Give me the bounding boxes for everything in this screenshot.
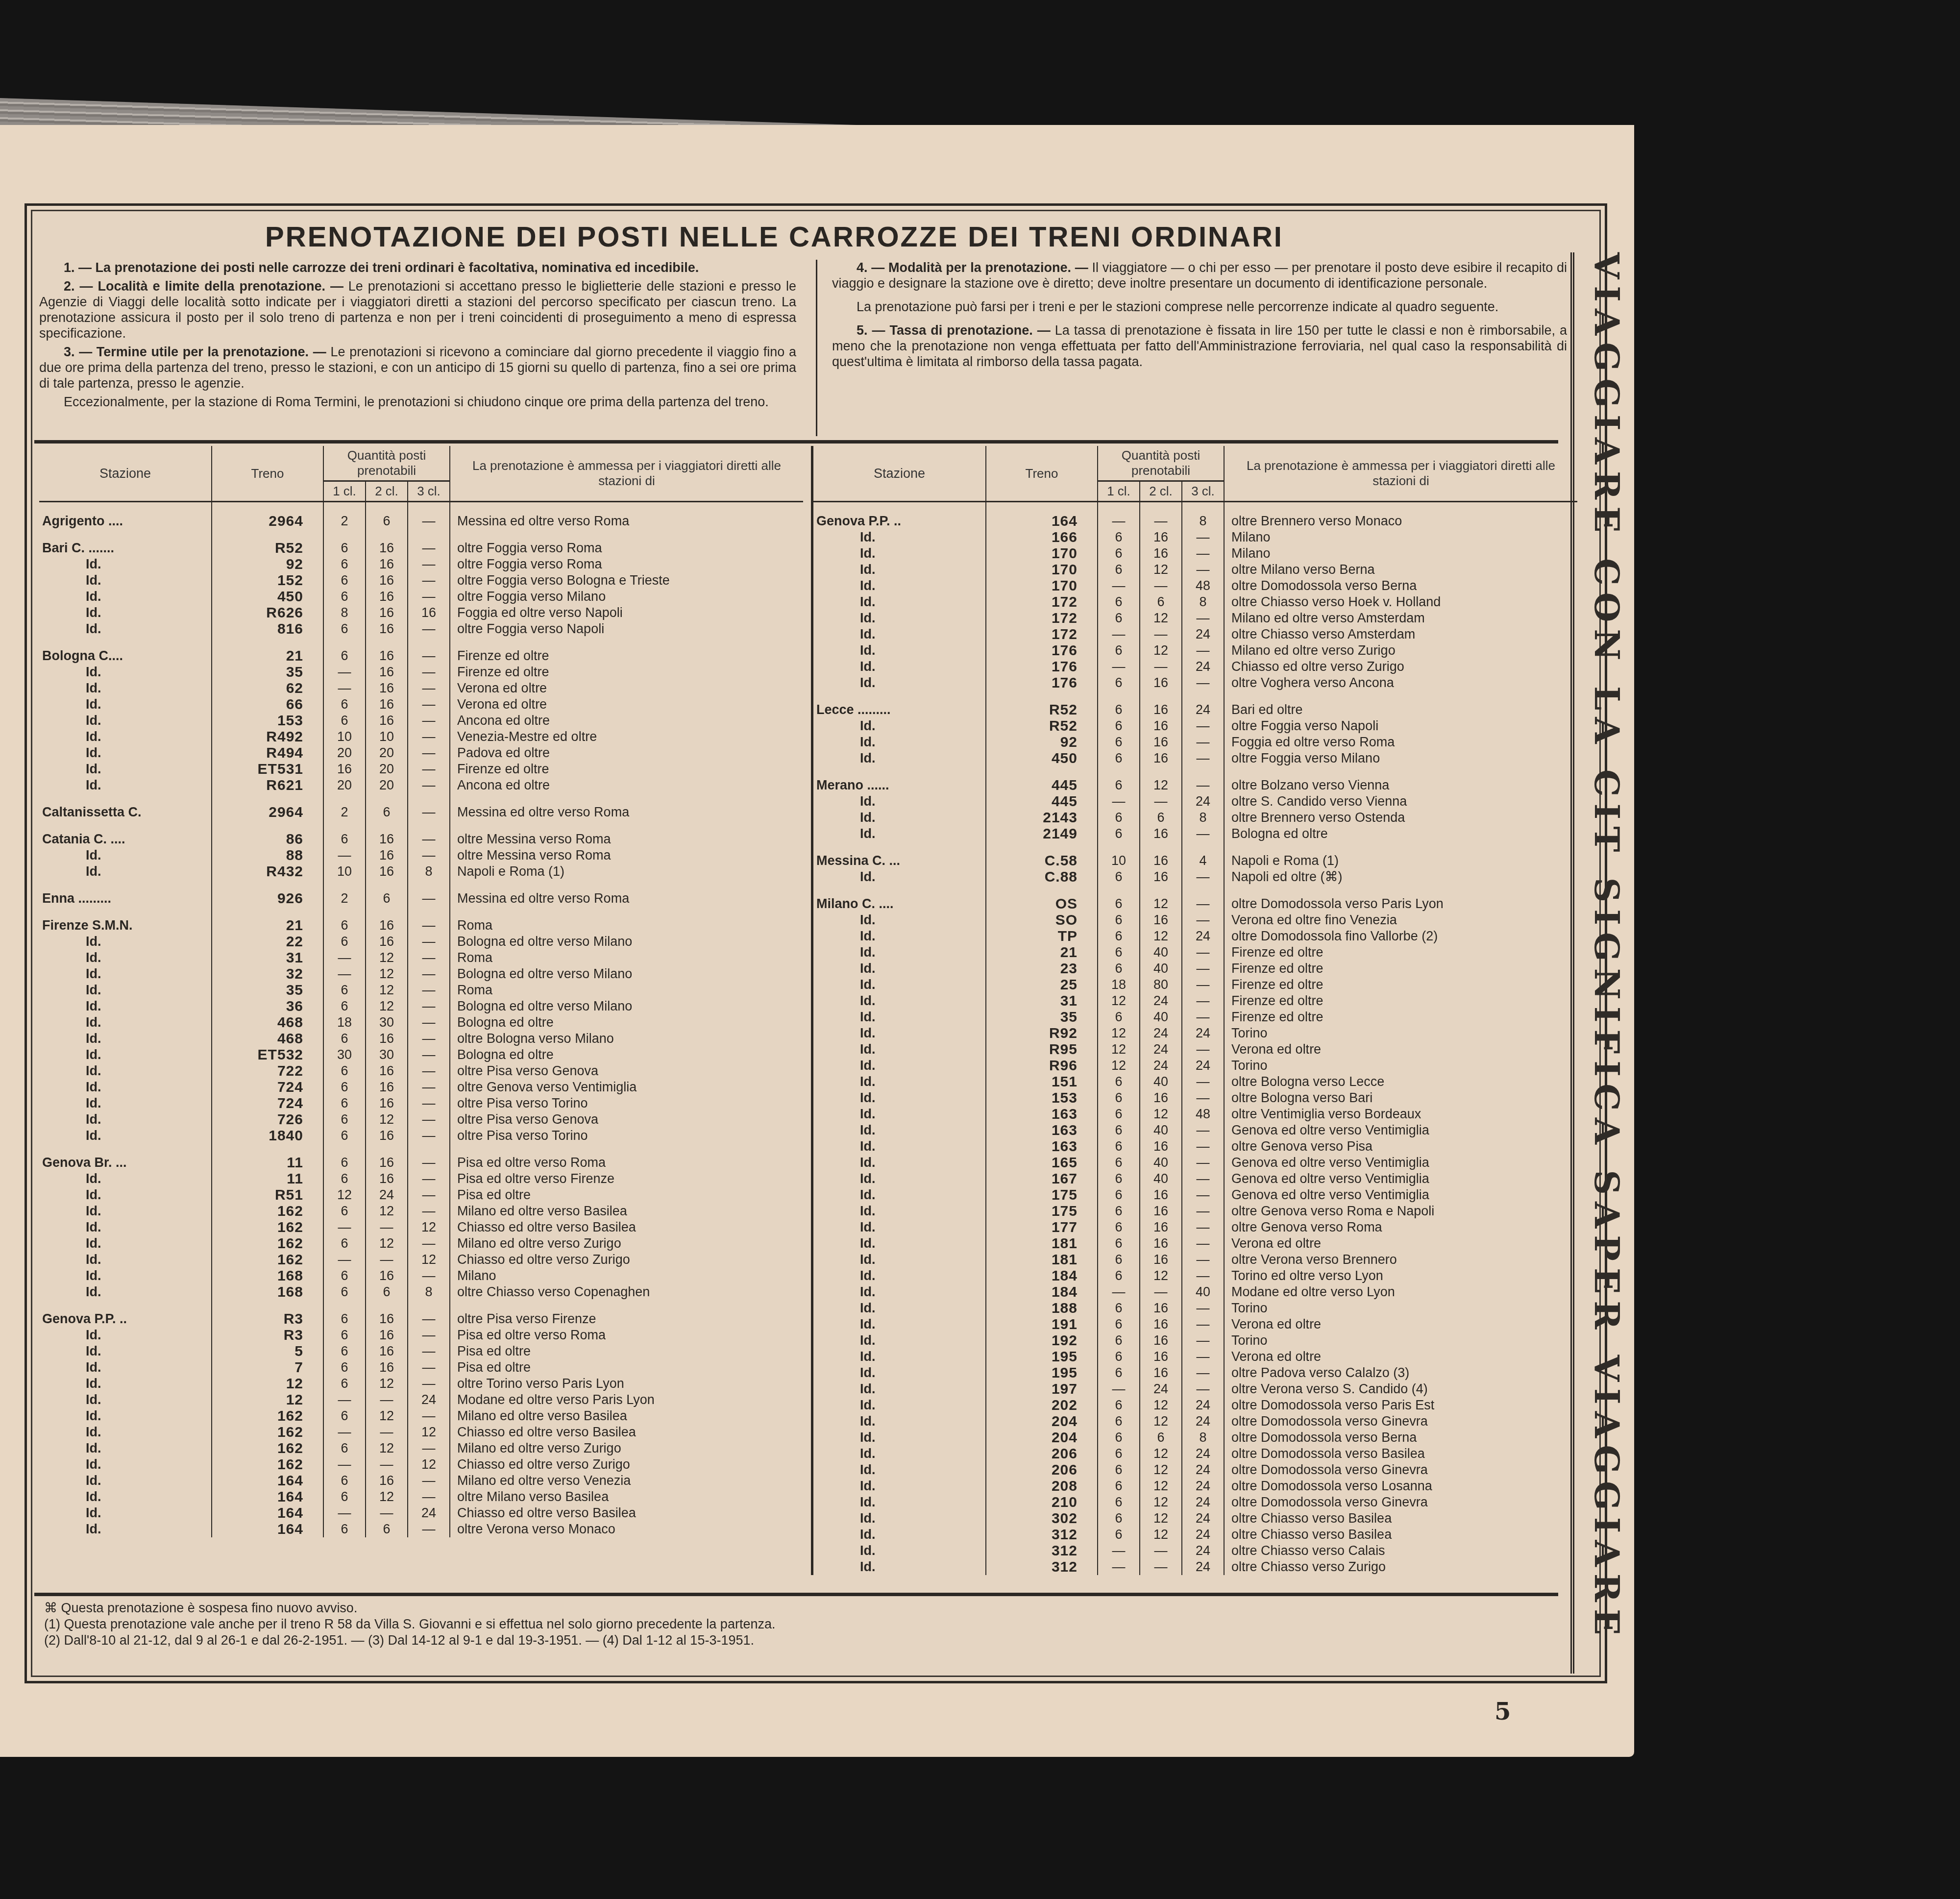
table-row: Id.816616—oltre Foggia verso Napoli [39,621,803,637]
table-row: Id.172668oltre Chiasso verso Hoek v. Hol… [813,594,1577,610]
destination-cell: Milano [1224,529,1577,545]
table-row: Id.163640—Genova ed oltre verso Ventimig… [813,1122,1577,1138]
station-cell: Id. [813,1316,986,1332]
seats-3cl-cell: — [408,572,450,589]
destination-cell: Torino [1224,1332,1577,1349]
seats-3cl-cell: — [1182,1381,1224,1397]
left-timetable: Stazione Treno Quantità posti prenotabil… [39,446,803,1537]
seats-3cl-cell: — [408,1047,450,1063]
seats-3cl-cell: — [408,1440,450,1456]
seats-1cl-cell: 6 [1098,810,1140,826]
seats-1cl-cell: 6 [1098,1203,1140,1219]
seats-1cl-cell: 6 [323,1031,366,1047]
seats-3cl-cell: 24 [1182,1494,1224,1510]
station-cell: Id. [813,826,986,842]
seats-3cl-cell: — [408,621,450,637]
train-cell: 206 [986,1462,1098,1478]
station-cell: Id. [813,1559,986,1575]
seats-3cl-cell: — [408,637,450,664]
seats-1cl-cell: 6 [1098,1365,1140,1381]
destination-cell: oltre Domodossola verso Paris Est [1224,1397,1577,1413]
train-cell: R626 [212,605,323,621]
station-cell: Id. [39,729,212,745]
table-row: Id.164——24Chiasso ed oltre verso Basilea [39,1505,803,1521]
seats-3cl-cell: — [1182,1252,1224,1268]
seats-2cl-cell: 16 [366,1359,408,1376]
book-page: PRENOTAZIONE DEI POSTI NELLE CARROZZE DE… [0,125,1634,1757]
train-cell: R621 [212,777,323,793]
destination-cell: Napoli ed oltre (⌘) [1224,869,1577,885]
seats-1cl-cell: 6 [1098,529,1140,545]
seats-1cl-cell: 6 [323,982,366,998]
seats-1cl-cell: 12 [1098,1058,1140,1074]
seats-1cl-cell: 6 [1098,1187,1140,1203]
destination-cell: oltre Pisa verso Torino [450,1128,803,1144]
seats-1cl-cell: — [1098,793,1140,810]
train-cell: 468 [212,1014,323,1031]
destination-cell: oltre Verona verso S. Candido (4) [1224,1381,1577,1397]
station-cell: Caltanissetta C. [39,793,212,820]
seats-2cl-cell: 16 [366,1063,408,1079]
destination-cell: oltre Milano verso Berna [1224,562,1577,578]
seats-3cl-cell: — [1182,944,1224,961]
seats-3cl-cell: — [1182,1138,1224,1155]
seats-3cl-cell: — [1182,1074,1224,1090]
seats-3cl-cell: 24 [1182,626,1224,642]
destination-cell: Verona ed oltre [1224,1041,1577,1058]
seats-1cl-cell: 6 [1098,675,1140,691]
station-cell: Bari C. ....... [39,529,212,556]
seats-1cl-cell: 6 [323,1171,366,1187]
train-cell: 204 [986,1430,1098,1446]
left-table-body: Agrigento ....296426—Messina ed oltre ve… [39,502,803,1538]
train-cell: 302 [986,1510,1098,1527]
station-cell: Id. [39,1111,212,1128]
station-cell: Id. [813,1106,986,1122]
destination-cell: oltre Torino verso Paris Lyon [450,1376,803,1392]
seats-1cl-cell: 6 [323,1284,366,1300]
table-row: Id.R92122424Torino [813,1025,1577,1041]
seats-2cl-cell: 16 [1140,869,1182,885]
destination-cell: oltre Domodossola verso Berna [1224,1430,1577,1446]
destination-cell: Ancona ed oltre [450,777,803,793]
rule-3-exception: Eccezionalmente, per la stazione di Roma… [39,394,796,410]
seats-2cl-cell: 16 [366,664,408,680]
train-cell: 926 [212,880,323,907]
train-cell: R95 [986,1041,1098,1058]
seats-2cl-cell: 12 [1140,1510,1182,1527]
table-row: Id.5616—Pisa ed oltre [39,1343,803,1359]
destination-cell: Pisa ed oltre verso Roma [450,1327,803,1343]
table-row: Id.164616—Milano ed oltre verso Venezia [39,1473,803,1489]
seats-3cl-cell: — [1182,750,1224,766]
train-cell: 724 [212,1095,323,1111]
station-cell: Id. [813,1058,986,1074]
station-cell: Id. [813,734,986,750]
seats-1cl-cell: 12 [1098,993,1140,1009]
seats-1cl-cell: — [323,664,366,680]
seats-2cl-cell: 12 [1140,1397,1182,1413]
train-cell: 208 [986,1478,1098,1494]
seats-3cl-cell: — [1182,1268,1224,1284]
seats-1cl-cell: 6 [1098,944,1140,961]
destination-cell: oltre Domodossola verso Berna [1224,578,1577,594]
table-row: Id.ET5311620—Firenze ed oltre [39,761,803,777]
train-cell: 22 [212,934,323,950]
station-cell: Id. [813,1349,986,1365]
table-row: Id.724616—oltre Pisa verso Torino [39,1095,803,1111]
table-row: Id.162——12Chiasso ed oltre verso Zurigo [39,1456,803,1473]
seats-3cl-cell: — [1182,545,1224,562]
seats-3cl-cell: 12 [408,1219,450,1235]
station-cell: Id. [813,1122,986,1138]
train-cell: 164 [986,502,1098,530]
seats-1cl-cell: — [323,950,366,966]
seats-3cl-cell: — [1182,1203,1224,1219]
seats-3cl-cell: — [408,1376,450,1392]
station-cell: Id. [813,1041,986,1058]
seats-2cl-cell: 20 [366,777,408,793]
destination-cell: Chiasso ed oltre verso Basilea [450,1219,803,1235]
seats-2cl-cell: 12 [1140,1478,1182,1494]
destination-cell: oltre Chiasso verso Basilea [1224,1527,1577,1543]
seats-3cl-cell: — [408,1235,450,1252]
seats-1cl-cell: 6 [323,1128,366,1144]
seats-3cl-cell: — [408,1095,450,1111]
seats-1cl-cell: 6 [1098,1171,1140,1187]
seats-2cl-cell: 40 [1140,1074,1182,1090]
seats-2cl-cell: 6 [1140,594,1182,610]
train-cell: 162 [212,1219,323,1235]
station-cell: Id. [39,998,212,1014]
rule-1-text: 1. — La prenotazione dei posti nelle car… [64,260,699,275]
seats-2cl-cell: 16 [1140,1332,1182,1349]
table-row: Id.35—16—Firenze ed oltre [39,664,803,680]
table-row: Id.162612—Milano ed oltre verso Basilea [39,1408,803,1424]
train-cell: 32 [212,966,323,982]
seats-3cl-cell: 24 [1182,1462,1224,1478]
station-cell: Id. [813,1510,986,1527]
seats-2cl-cell: 16 [366,1343,408,1359]
station-cell: Id. [39,1456,212,1473]
seats-3cl-cell: 24 [1182,1543,1224,1559]
seats-3cl-cell: — [1182,1090,1224,1106]
seats-1cl-cell: 6 [1098,1478,1140,1494]
table-row: Id.166616—Milano [813,529,1577,545]
train-cell: 172 [986,610,1098,626]
table-row: Genova P.P. ..R3616—oltre Pisa verso Fir… [39,1300,803,1327]
table-row: Id.88—16—oltre Messina verso Roma [39,847,803,863]
seats-3cl-cell: 16 [408,605,450,621]
seats-3cl-cell: — [408,847,450,863]
station-cell: Id. [39,777,212,793]
seats-3cl-cell: 24 [408,1392,450,1408]
seats-2cl-cell: 12 [1140,610,1182,626]
seats-3cl-cell: — [1182,1009,1224,1025]
seats-2cl-cell: 16 [1140,826,1182,842]
station-cell: Id. [39,761,212,777]
seats-2cl-cell: 16 [1140,1252,1182,1268]
table-row: Id.21640—Firenze ed oltre [813,944,1577,961]
seats-3cl-cell: — [408,1489,450,1505]
destination-cell: Bologna ed oltre verso Milano [450,934,803,950]
train-cell: OS [986,885,1098,912]
train-cell: 195 [986,1365,1098,1381]
destination-cell: oltre Foggia verso Napoli [450,621,803,637]
seats-3cl-cell: — [408,1300,450,1327]
destination-cell: Verona ed oltre fino Venezia [1224,912,1577,928]
table-row: Id.312——24oltre Chiasso verso Calais [813,1543,1577,1559]
seats-2cl-cell: — [1140,502,1182,530]
station-cell: Id. [813,529,986,545]
seats-2cl-cell: 6 [1140,810,1182,826]
seats-2cl-cell: 16 [366,934,408,950]
train-cell: 166 [986,529,1098,545]
seats-3cl-cell: — [1182,1300,1224,1316]
station-cell: Id. [813,1252,986,1268]
seats-2cl-cell: 12 [1140,1446,1182,1462]
destination-cell: oltre Bolzano verso Vienna [1224,766,1577,793]
train-cell: 170 [986,545,1098,562]
station-cell: Id. [813,562,986,578]
destination-cell: oltre Chiasso verso Hoek v. Holland [1224,594,1577,610]
seats-2cl-cell: — [366,1219,408,1235]
destination-cell: oltre Chiasso verso Copenaghen [450,1284,803,1300]
train-cell: 151 [986,1074,1098,1090]
station-cell: Id. [813,961,986,977]
seats-3cl-cell: — [408,1359,450,1376]
seats-2cl-cell: 16 [366,1144,408,1171]
destination-cell: oltre Foggia verso Bologna e Trieste [450,572,803,589]
station-cell: Id. [813,869,986,885]
seats-3cl-cell: — [408,529,450,556]
train-cell: 36 [212,998,323,1014]
table-row: Id.2149616—Bologna ed oltre [813,826,1577,842]
seats-3cl-cell: 48 [1182,1106,1224,1122]
rule-5-heading: 5. — Tassa di prenotazione. — [857,323,1051,338]
seats-3cl-cell: — [1182,977,1224,993]
station-cell: Id. [813,1187,986,1203]
header-cl2: 2 cl. [366,481,408,502]
seats-2cl-cell: 16 [366,529,408,556]
train-cell: 204 [986,1413,1098,1430]
seats-3cl-cell: — [408,1128,450,1144]
seats-2cl-cell: 12 [366,1235,408,1252]
destination-cell: Foggia ed oltre verso Napoli [450,605,803,621]
right-timetable: Stazione Treno Quantità posti prenotabil… [811,446,1577,1575]
table-row: Id.722616—oltre Pisa verso Genova [39,1063,803,1079]
seats-1cl-cell: 6 [323,820,366,847]
seats-2cl-cell: 16 [366,1128,408,1144]
seats-1cl-cell: 10 [323,863,366,880]
header-destinations: La prenotazione è ammessa per i viaggiat… [1224,446,1577,502]
table-row: Merano ......445612—oltre Bolzano verso … [813,766,1577,793]
station-cell: Id. [813,793,986,810]
table-row: Id.1840616—oltre Pisa verso Torino [39,1128,803,1144]
train-cell: 192 [986,1332,1098,1349]
seats-2cl-cell: 12 [366,1203,408,1219]
table-row: Id.SO616—Verona ed oltre fino Venezia [813,912,1577,928]
seats-2cl-cell: — [1140,1543,1182,1559]
destination-cell: Modane ed oltre verso Paris Lyon [450,1392,803,1408]
seats-1cl-cell: 6 [323,637,366,664]
train-cell: 35 [986,1009,1098,1025]
seats-1cl-cell: 6 [323,529,366,556]
header-cl1: 1 cl. [1098,481,1140,502]
destination-cell: Roma [450,950,803,966]
train-cell: R52 [986,691,1098,718]
seats-3cl-cell: 8 [408,863,450,880]
page-title: PRENOTAZIONE DEI POSTI NELLE CARROZZE DE… [27,221,1521,253]
seats-2cl-cell: 12 [1140,766,1182,793]
destination-cell: oltre Bologna verso Lecce [1224,1074,1577,1090]
seats-2cl-cell: 12 [366,1376,408,1392]
station-cell: Id. [39,1219,212,1235]
table-row: Id.20661224oltre Domodossola verso Ginev… [813,1462,1577,1478]
destination-cell: Messina ed oltre verso Roma [450,793,803,820]
seats-2cl-cell: 24 [1140,1025,1182,1041]
table-row: Catania C. ....86616—oltre Messina verso… [39,820,803,847]
station-cell: Id. [39,1489,212,1505]
seats-2cl-cell: 12 [366,998,408,1014]
seats-2cl-cell: 16 [1140,750,1182,766]
destination-cell: Milano ed oltre verso Basilea [450,1203,803,1219]
destination-cell: oltre Pisa verso Genova [450,1063,803,1079]
destination-cell: oltre Foggia verso Milano [1224,750,1577,766]
station-cell: Id. [39,680,212,696]
destination-cell: Chiasso ed oltre verso Zurigo [450,1252,803,1268]
destination-cell: oltre Chiasso verso Basilea [1224,1510,1577,1527]
train-cell: 86 [212,820,323,847]
seats-3cl-cell: — [408,664,450,680]
destination-cell: oltre Padova verso Calalzo (3) [1224,1365,1577,1381]
table-row: Enna .........92626—Messina ed oltre ver… [39,880,803,907]
destination-cell: oltre Brennero verso Monaco [1224,502,1577,530]
station-cell: Id. [813,626,986,642]
seats-1cl-cell: 6 [1098,1155,1140,1171]
seats-2cl-cell: 12 [366,982,408,998]
destination-cell: oltre Messina verso Roma [450,847,803,863]
seats-3cl-cell: — [408,745,450,761]
train-cell: ET532 [212,1047,323,1063]
destination-cell: Chiasso ed oltre verso Basilea [450,1505,803,1521]
seats-1cl-cell: — [1098,1559,1140,1575]
seats-2cl-cell: 16 [1140,912,1182,928]
seats-2cl-cell: 16 [1140,1349,1182,1365]
train-cell: ET531 [212,761,323,777]
table-row: Id.20861224oltre Domodossola verso Losan… [813,1478,1577,1494]
train-cell: 21 [212,907,323,934]
seats-2cl-cell: 12 [1140,1268,1182,1284]
table-row: Messina C. ...C.5810164Napoli e Roma (1) [813,842,1577,869]
train-cell: SO [986,912,1098,928]
train-cell: R494 [212,745,323,761]
seats-3cl-cell: — [1182,1041,1224,1058]
train-cell: R96 [986,1058,1098,1074]
seats-3cl-cell: — [408,1144,450,1171]
table-row: Id.176——24Chiasso ed oltre verso Zurigo [813,659,1577,675]
destination-cell: Roma [450,907,803,934]
seats-3cl-cell: — [408,696,450,713]
seats-3cl-cell: — [1182,610,1224,626]
seats-1cl-cell: 6 [323,1408,366,1424]
train-cell: 168 [212,1284,323,1300]
seats-2cl-cell: 12 [1140,562,1182,578]
seats-2cl-cell: 16 [1140,842,1182,869]
seats-3cl-cell: 24 [1182,1058,1224,1074]
station-cell: Id. [39,1235,212,1252]
table-row: Id.162612—Milano ed oltre verso Basilea [39,1203,803,1219]
train-cell: 176 [986,642,1098,659]
seats-2cl-cell: 16 [366,820,408,847]
station-cell: Id. [813,1413,986,1430]
seats-1cl-cell: — [323,847,366,863]
seats-2cl-cell: 6 [366,1521,408,1537]
destination-cell: Venezia-Mestre ed oltre [450,729,803,745]
seats-3cl-cell: — [408,1521,450,1537]
table-row: Id.R4921010—Venezia-Mestre ed oltre [39,729,803,745]
destination-cell: oltre Domodossola verso Ginevra [1224,1413,1577,1430]
header-station: Stazione [813,446,986,502]
seats-2cl-cell: 6 [366,502,408,530]
seats-2cl-cell: 40 [1140,961,1182,977]
station-cell: Id. [813,1268,986,1284]
table-row: Id.4681830—Bologna ed oltre [39,1014,803,1031]
seats-3cl-cell: — [1182,766,1224,793]
seats-1cl-cell: 6 [1098,1235,1140,1252]
train-cell: R492 [212,729,323,745]
seats-1cl-cell: 6 [1098,1413,1140,1430]
seats-3cl-cell: — [1182,734,1224,750]
table-row: Id.152616—oltre Foggia verso Bologna e T… [39,572,803,589]
seats-3cl-cell: 24 [1182,1397,1224,1413]
seats-1cl-cell: 6 [323,1473,366,1489]
header-train: Treno [986,446,1098,502]
destination-cell: Genova ed oltre verso Ventimiglia [1224,1122,1577,1138]
train-cell: 35 [212,982,323,998]
seats-2cl-cell: 12 [1140,1494,1182,1510]
station-cell: Id. [813,1235,986,1252]
seats-2cl-cell: — [366,1392,408,1408]
table-row: Id.724616—oltre Genova verso Ventimiglia [39,1079,803,1095]
seats-1cl-cell: 6 [323,1300,366,1327]
seats-3cl-cell: 24 [408,1505,450,1521]
table-row: Id.31261224oltre Chiasso verso Basilea [813,1527,1577,1543]
station-cell: Id. [813,1025,986,1041]
seats-3cl-cell: — [1182,1187,1224,1203]
table-row: Genova P.P. ..164——8oltre Brennero verso… [813,502,1577,530]
train-cell: 5 [212,1343,323,1359]
seats-2cl-cell: 30 [366,1014,408,1031]
table-row: Id.R951224—Verona ed oltre [813,1041,1577,1058]
seats-3cl-cell: — [1182,869,1224,885]
table-row: Id.184——40Modane ed oltre verso Lyon [813,1284,1577,1300]
train-cell: 206 [986,1446,1098,1462]
seats-2cl-cell: 12 [366,1111,408,1128]
table-row: Id.92616—Foggia ed oltre verso Roma [813,734,1577,750]
destination-cell: Milano ed oltre verso Zurigo [1224,642,1577,659]
train-cell: R52 [212,529,323,556]
seats-1cl-cell: 6 [1098,1349,1140,1365]
seats-1cl-cell: 6 [1098,961,1140,977]
station-cell: Id. [39,1408,212,1424]
table-row: Id.R511224—Pisa ed oltre [39,1187,803,1203]
train-cell: R51 [212,1187,323,1203]
destination-cell: Pisa ed oltre [450,1359,803,1376]
side-slogan: VIAGGIARE CON LA CIT SIGNIFICA SAPER VIA… [1570,252,1627,1674]
table-row: Id.195616—Verona ed oltre [813,1349,1577,1365]
station-cell: Id. [39,589,212,605]
